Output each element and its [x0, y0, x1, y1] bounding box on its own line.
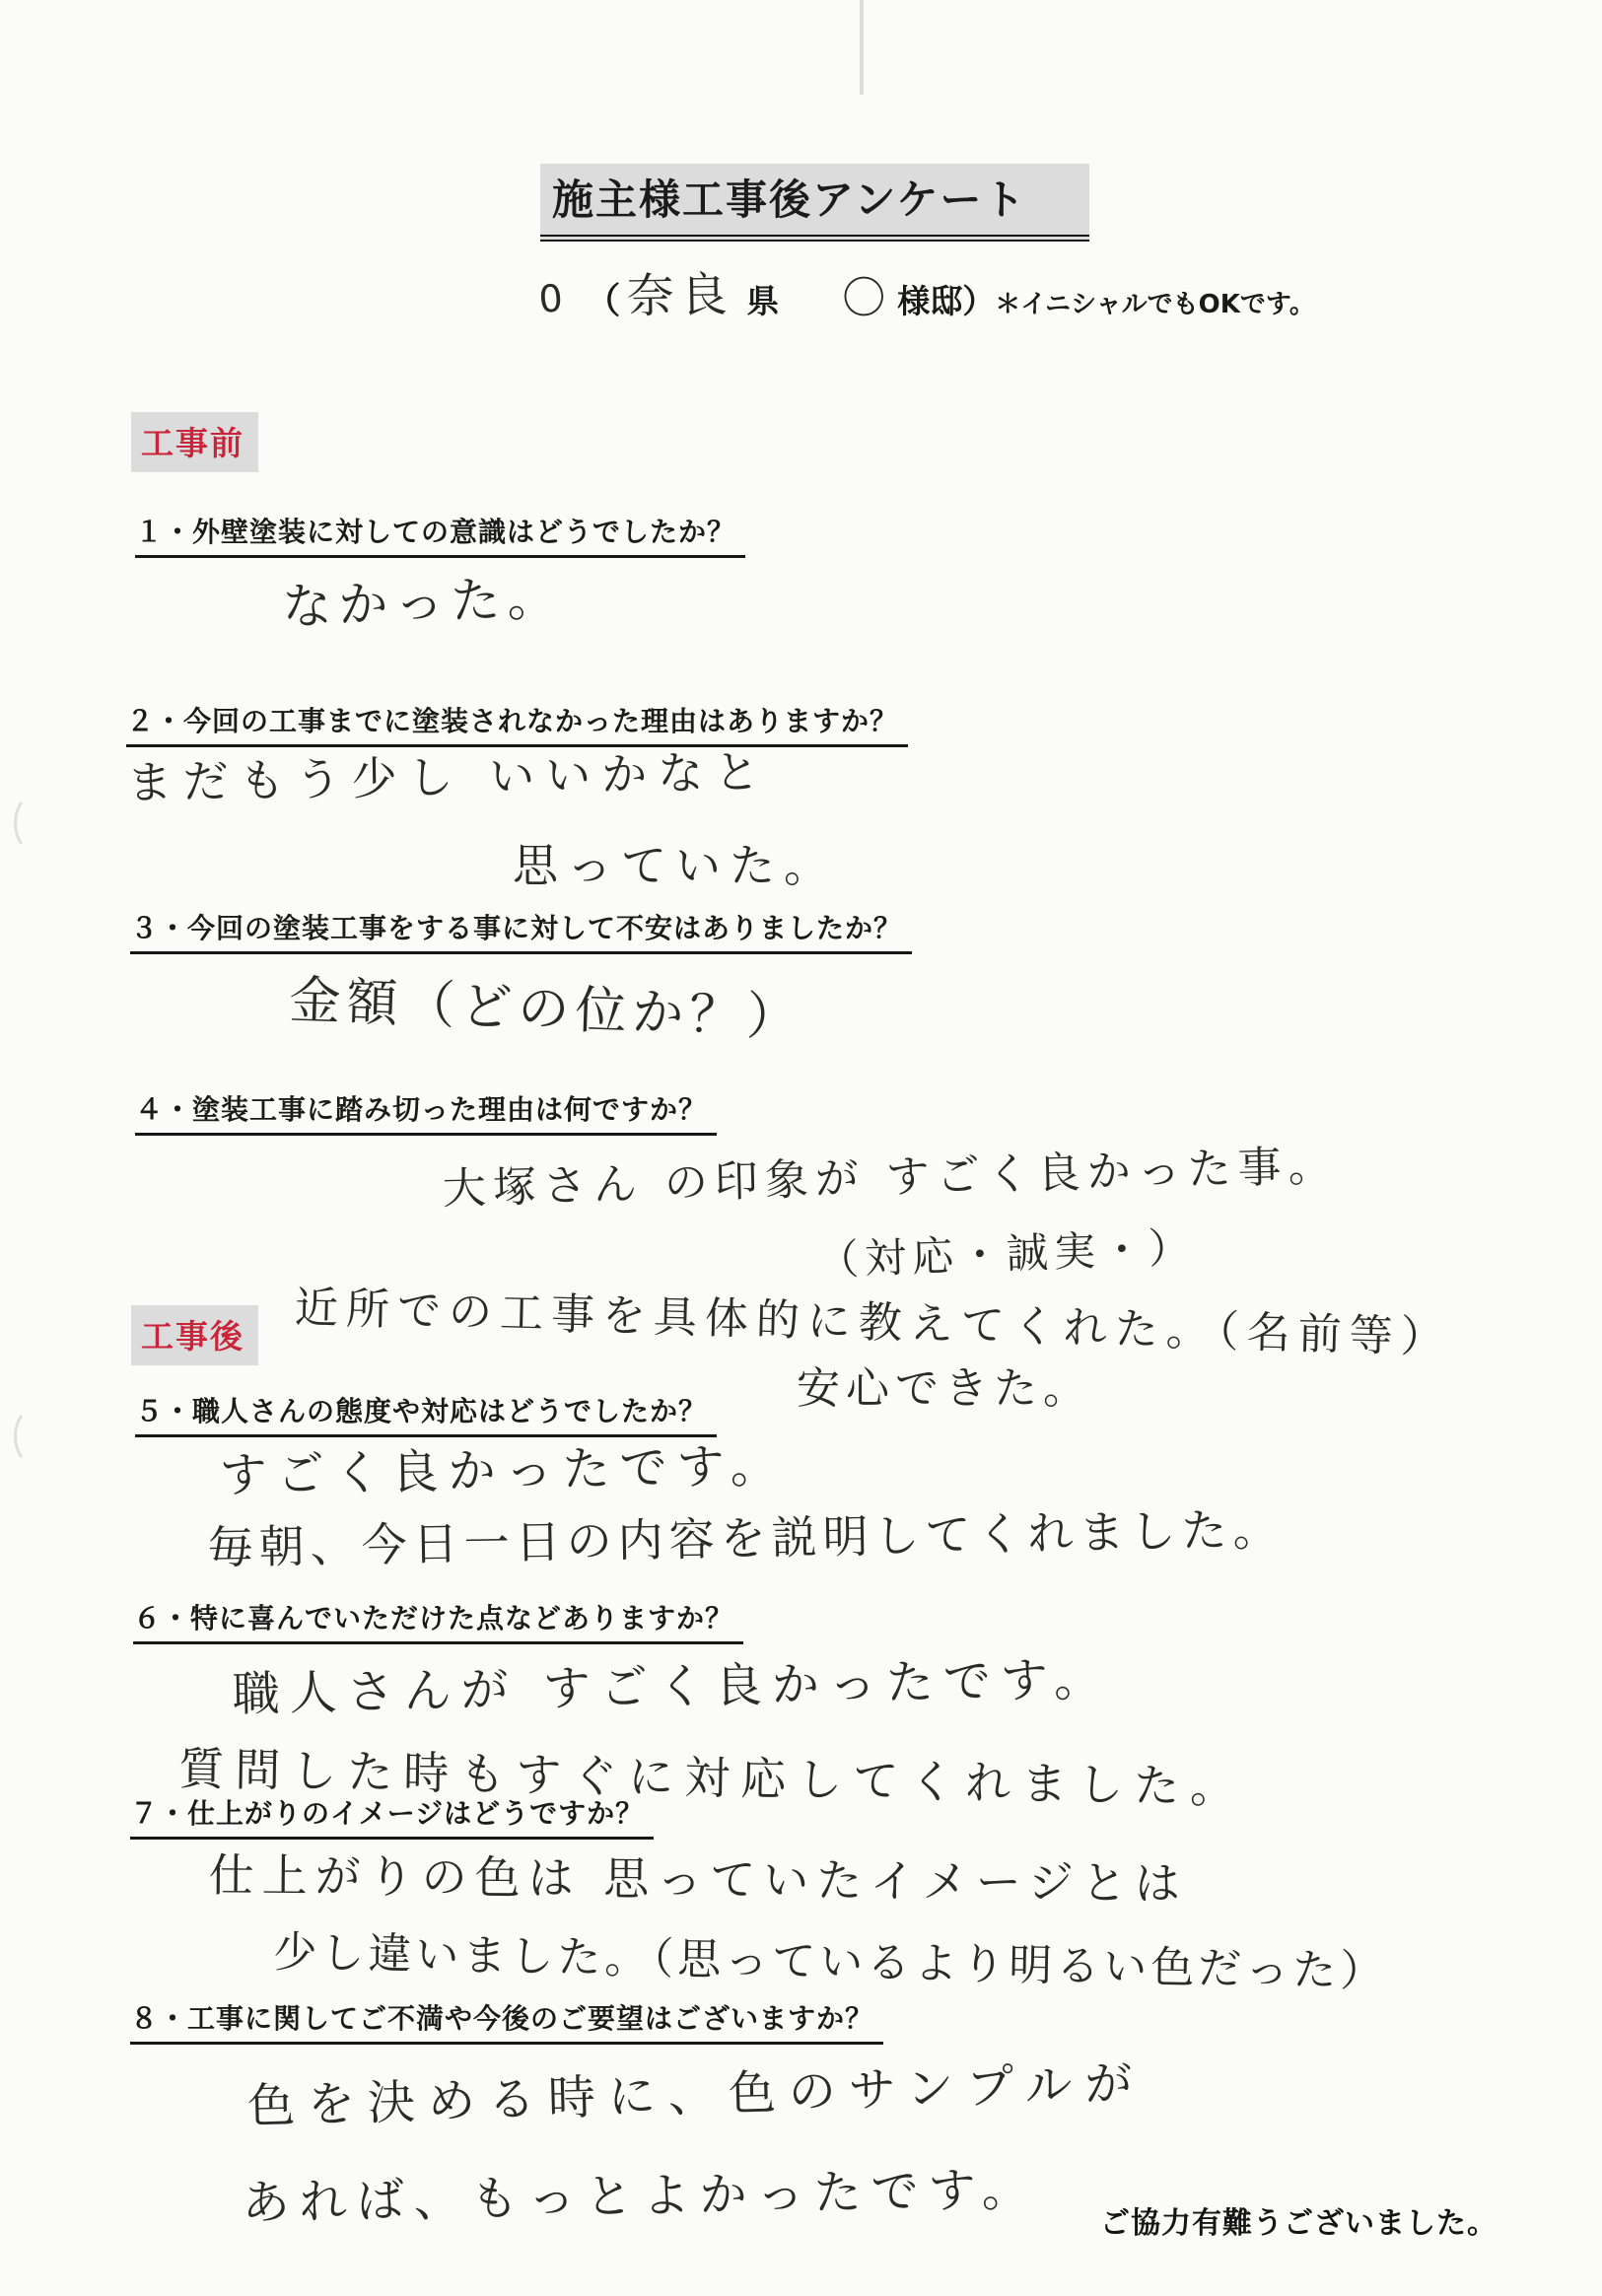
answer-5-line-2: 毎朝、今日一日の内容を説明してくれました。	[207, 1494, 1285, 1577]
section-label-before: 工事前	[131, 412, 258, 472]
question-7-label: ７・仕上がりのイメージはどうですか？	[130, 1792, 654, 1840]
scanned-survey-page: 施主様工事後アンケート 0 （ 奈良 県 〇 様邸） ＊イニシャルでもOKです。…	[0, 0, 1602, 2296]
answer-7-line-1: 仕上がりの色は 思っていたイメージとは	[208, 1840, 1188, 1913]
answer-2-line-2: 思っていた。	[513, 830, 838, 895]
question-6-label: ６・特に喜んでいただけた点などありますか？	[133, 1597, 743, 1644]
prefecture-label: 県	[746, 276, 779, 322]
answer-8-line-2: あれば、もっとよかったです。	[242, 2151, 1039, 2233]
scan-artifact	[14, 795, 53, 852]
initials-note: ＊イニシャルでもOKです。	[995, 284, 1315, 320]
answer-7-line-2: 少し違いました。（思っているより明るい色だった）	[273, 1916, 1388, 1999]
title-highlight: 施主様工事後アンケート	[540, 164, 1089, 242]
handwritten-mark: 0	[537, 276, 564, 321]
answer-1-line-1: なかった。	[281, 558, 564, 639]
question-4-label: ４・塗装工事に踏み切った理由は何ですか？	[135, 1088, 717, 1136]
answer-2-line-1: まだもう少し いいかなと	[126, 736, 771, 812]
answer-3-line-1: 金額（どの位か？）	[288, 958, 804, 1050]
question-1-label: １・外壁塗装に対しての意識はどうでしたか？	[135, 511, 745, 558]
question-8-label: ８・工事に関してご不満や今後のご要望はございますか？	[130, 1997, 883, 2045]
page-title: 施主様工事後アンケート	[552, 175, 1026, 224]
owner-header-line: 0 （ 奈良 県 〇 様邸） ＊イニシャルでもOKです。	[537, 258, 1315, 326]
prefecture-handwritten: 奈良	[626, 256, 733, 326]
open-paren-label: （	[585, 273, 620, 323]
answer-8-line-1: 色を決める時に、色のサンプルが	[246, 2045, 1146, 2136]
section-label-after: 工事後	[131, 1305, 258, 1365]
answer-4-line-3: 近所での工事を具体的に教えてくれた。（名前等）	[294, 1272, 1452, 1365]
answer-6-line-1: 職人さんが すごく良かったです。	[232, 1640, 1111, 1724]
answer-4-line-1: 大塚さん の印象が すごく良かった事。	[442, 1130, 1339, 1217]
answer-5-line-1: すごく良かったです。	[219, 1427, 788, 1505]
question-3-label: ３・今回の塗装工事をする事に対して不安はありましたか？	[130, 907, 912, 954]
owner-initial-handwritten: 〇	[842, 262, 885, 325]
answer-4-line-2: （対応・誠実・）	[816, 1216, 1197, 1287]
answer-4-line-4: 安心できた。	[797, 1353, 1092, 1416]
owner-suffix-label: 様邸）	[897, 276, 995, 322]
scan-artifact	[860, 0, 864, 95]
scan-artifact	[14, 1408, 53, 1465]
footer-thanks: ご協力有難うございました。	[1100, 2198, 1498, 2242]
